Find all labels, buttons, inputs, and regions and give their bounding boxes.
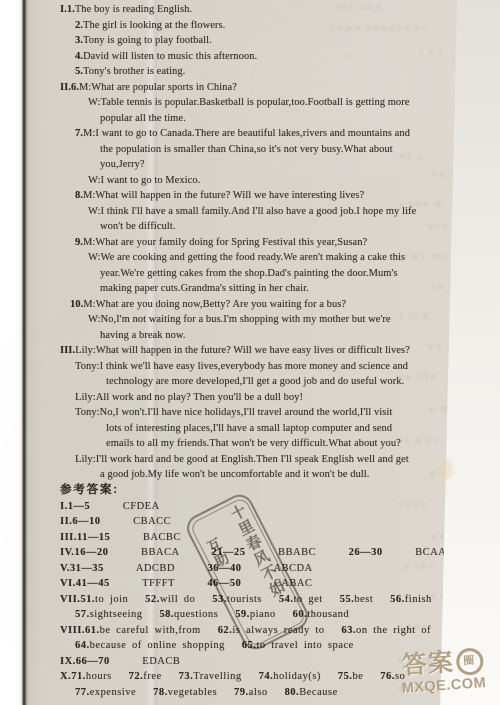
script-line: Tony:No,I won't.I'll have nice holidays,… xyxy=(0,405,500,421)
script-line: W:I think I'll have a small family.And I… xyxy=(0,204,500,220)
text-segment: having a break now. xyxy=(100,330,185,341)
answers-heading: 参考答案: xyxy=(0,483,500,499)
text-segment: III.11—15 xyxy=(60,532,110,543)
text-segment: 80. xyxy=(285,687,300,698)
script-line: 2.The girl is looking at the flowers. xyxy=(0,18,500,34)
script-line: II.6.M:What are popular sports in China? xyxy=(0,80,500,96)
text-segment: 3. xyxy=(75,35,83,46)
text-segment: Lily:What will happen in the future? Wil… xyxy=(75,345,410,356)
text-segment: M:What are you doing now,Betty? Are you … xyxy=(83,299,346,310)
text-segment: V.31—35 xyxy=(60,563,104,574)
text-segment: Tony's brother is eating. xyxy=(83,66,185,77)
text-segment: 56. xyxy=(390,594,405,605)
text-segment: 63. xyxy=(341,625,356,636)
text-segment: hours xyxy=(86,671,129,682)
text-segment: Tony is going to play football. xyxy=(83,35,212,46)
text-segment: I.1—5 xyxy=(60,501,90,512)
text-segment: 64. xyxy=(75,640,90,651)
text-segment: 10. xyxy=(70,299,83,310)
script-line: I.1.The boy is reading English. xyxy=(0,2,500,18)
text-segment: W:I want to go to Mexico. xyxy=(88,175,200,186)
text-segment: free xyxy=(143,671,178,682)
text-segment: II.6—10 xyxy=(60,516,101,527)
text-segment: 73. xyxy=(179,671,194,682)
text-segment: 52. xyxy=(145,594,160,605)
text-segment: 72. xyxy=(129,671,144,682)
text-segment: 75. xyxy=(338,671,353,682)
script-line: emails to all my friends.That won't be v… xyxy=(0,436,500,452)
script-line: 4.David will listen to music this aftern… xyxy=(0,49,500,65)
text-segment: 参考答案: xyxy=(60,484,119,496)
site-watermark: 答案 圈 MXQE.COM xyxy=(386,646,500,698)
text-segment: BACBC xyxy=(110,532,181,543)
text-segment: IX.66—70 xyxy=(60,656,110,667)
text-segment: II.6. xyxy=(60,82,79,93)
text-segment: TFFFT xyxy=(110,578,208,589)
text-segment: The girl is looking at the flowers. xyxy=(83,20,225,31)
text-segment: the population is smaller than China,so … xyxy=(100,144,393,155)
script-line: won't be difficult. xyxy=(0,219,500,235)
text-segment: The boy is reading English. xyxy=(75,4,192,15)
text-segment: holiday(s) xyxy=(273,671,338,682)
text-segment: lots of interesting places,I'll have a s… xyxy=(106,423,392,434)
text-segment: BCAAC xyxy=(383,547,454,558)
text-segment: finish xyxy=(405,594,432,605)
text-segment: 77. xyxy=(75,687,90,698)
script-line: Lily:I'll work hard and be good at Engli… xyxy=(0,452,500,468)
script-line: 8.M:What will happen in the future? Will… xyxy=(0,188,500,204)
text-segment: 9. xyxy=(75,237,83,248)
text-segment: I.1. xyxy=(60,4,75,15)
script-line: 7.M:I want to go to Canada.There are bea… xyxy=(0,126,500,142)
script-line: W:Table tennis is popular.Basketball is … xyxy=(0,95,500,111)
text-segment: emails to all my friends.That won't be v… xyxy=(106,438,401,449)
script-line: having a break now. xyxy=(0,328,500,344)
text-segment: IV.16—20 xyxy=(60,547,108,558)
text-segment: on the right of xyxy=(356,625,431,636)
text-segment: W:I think I'll have a small family.And I… xyxy=(88,206,416,217)
text-segment: Lily:I'll work hard and be good at Engli… xyxy=(75,454,409,465)
text-segment: CFDEA xyxy=(90,501,159,512)
text-segment: 79. xyxy=(234,687,249,698)
script-line: W:No,I'm not waiting for a bus.I'm shopp… xyxy=(0,312,500,328)
script-line: 3.Tony is going to play football. xyxy=(0,33,500,49)
text-segment: Tony:I think we'll have easy lives,every… xyxy=(75,361,408,372)
text-segment: VI.41—45 xyxy=(60,578,110,589)
text-segment: W:Table tennis is popular.Basketball is … xyxy=(88,97,410,108)
text-segment: 8. xyxy=(75,190,83,201)
text-segment: a good job.My life won't be uncomfortabl… xyxy=(100,469,369,480)
text-segment: David will listen to music this afternoo… xyxy=(83,51,257,62)
script-line: W:I want to go to Mexico. xyxy=(0,173,500,189)
text-segment: Tony:No,I won't.I'll have nice holidays,… xyxy=(75,407,392,418)
text-segment: best xyxy=(354,594,390,605)
text-segment: to join xyxy=(95,594,145,605)
script-line: 5.Tony's brother is eating. xyxy=(0,64,500,80)
text-segment: W:We are cooking and getting the food re… xyxy=(88,252,405,263)
text-segment: 57. xyxy=(75,609,90,620)
text-segment: 26—30 xyxy=(349,547,383,558)
text-segment: W:No,I'm not waiting for a bus.I'm shopp… xyxy=(88,314,391,325)
text-segment: Travelling xyxy=(193,671,258,682)
script-line: III.Lily:What will happen in the future?… xyxy=(0,343,500,359)
script-line: making paper cuts.Grandma's sitting in h… xyxy=(0,281,500,297)
script-line: technology are more developed,I'll get a… xyxy=(0,374,500,390)
script-line: a good job.My life won't be uncomfortabl… xyxy=(0,467,500,483)
text-segment: popular all the time. xyxy=(100,113,186,124)
text-segment: M:What will happen in the future? Will w… xyxy=(83,190,364,201)
text-segment: 5. xyxy=(75,66,83,77)
text-segment: technology are more developed,I'll get a… xyxy=(106,376,404,387)
script-line: 10.M:What are you doing now,Betty? Are y… xyxy=(0,297,500,313)
script-line: the population is smaller than China,so … xyxy=(0,142,500,158)
text-segment: sightseeing xyxy=(90,609,160,620)
text-segment: 58. xyxy=(159,609,174,620)
text-segment: 55. xyxy=(340,594,355,605)
text-segment: M:What are your family doing for Spring … xyxy=(83,237,367,248)
text-segment: 4. xyxy=(75,51,83,62)
text-segment: won't be difficult. xyxy=(100,221,175,232)
text-segment: will do xyxy=(160,594,212,605)
text-segment: CBACC xyxy=(101,516,172,527)
script-line: Lily:All work and no play? Then you'll b… xyxy=(0,390,500,406)
text-segment: vegetables xyxy=(168,687,234,698)
text-segment: questions xyxy=(174,609,235,620)
text-segment: 62. xyxy=(218,625,233,636)
text-segment: you,Jerry? xyxy=(100,159,145,170)
text-segment: expensive xyxy=(90,687,153,698)
logo-circle-icon: 圈 xyxy=(455,647,484,676)
text-segment: VIII.61. xyxy=(60,625,100,636)
text-segment: 74. xyxy=(259,671,274,682)
text-segment: III. xyxy=(60,345,75,356)
text-segment: M:I want to go to Canada.There are beaut… xyxy=(83,128,410,139)
text-segment: be careful with,from xyxy=(100,625,218,636)
logo-text: 答案 xyxy=(401,650,455,680)
text-segment: ADCBD xyxy=(104,563,208,574)
script-line: W:We are cooking and getting the food re… xyxy=(0,250,500,266)
script-line: lots of interesting places,I'll have a s… xyxy=(0,421,500,437)
text-segment: 2. xyxy=(75,20,83,31)
text-segment: Lily:All work and no play? Then you'll b… xyxy=(75,392,303,403)
text-segment: EDACB xyxy=(110,656,181,667)
text-segment: year.We're getting cakes from the shop.D… xyxy=(100,268,398,279)
text-segment: VII.51. xyxy=(60,594,95,605)
scanned-answer-page: { "lines": [ {"k":"script","ind":0,"seg"… xyxy=(0,0,500,705)
text-segment: 7. xyxy=(75,128,83,139)
script-line: year.We're getting cakes from the shop.D… xyxy=(0,266,500,282)
script-line: popular all the time. xyxy=(0,111,500,127)
text-segment: be xyxy=(352,671,380,682)
paper-stain xyxy=(438,458,453,480)
text-segment: because of online shopping xyxy=(90,640,242,651)
text-segment: 78. xyxy=(153,687,168,698)
text-segment: also xyxy=(249,687,285,698)
text-segment: X.71. xyxy=(60,671,86,682)
text-segment: Because xyxy=(299,687,337,698)
text-segment: thousand xyxy=(307,609,349,620)
script-line: you,Jerry? xyxy=(0,157,500,173)
text-segment: making paper cuts.Grandma's sitting in h… xyxy=(100,283,309,294)
script-line: 9.M:What are your family doing for Sprin… xyxy=(0,235,500,251)
text-segment: M:What are popular sports in China? xyxy=(79,82,237,93)
script-line: Tony:I think we'll have easy lives,every… xyxy=(0,359,500,375)
